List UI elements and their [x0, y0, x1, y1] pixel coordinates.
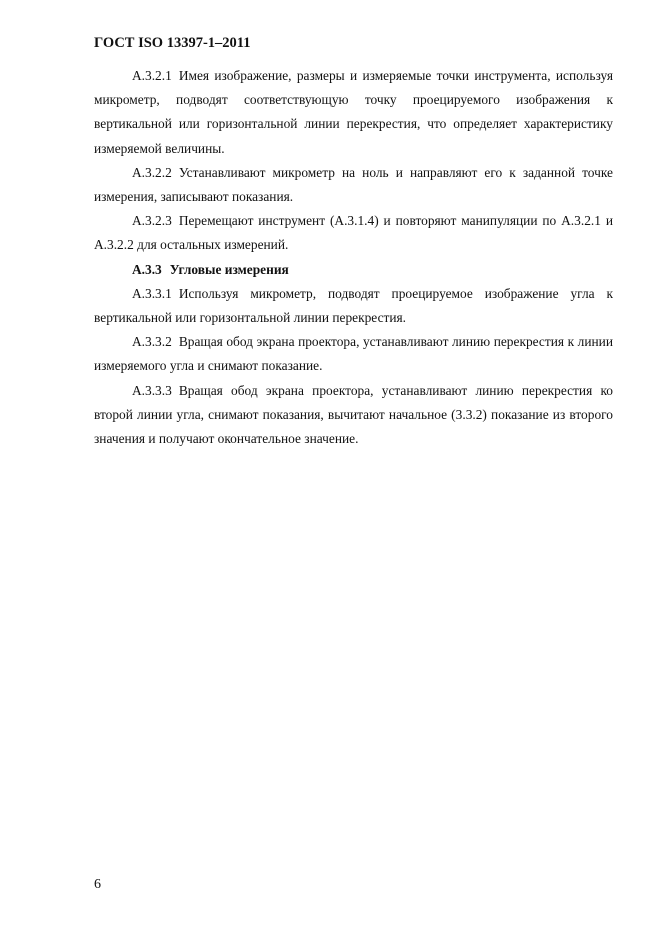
clause-number: A.3.3.3	[132, 383, 172, 398]
clause-number: A.3.2.3	[132, 213, 172, 228]
document-header: ГОСТ ISO 13397-1–2011	[94, 35, 250, 52]
clause-number: A.3.3.2	[132, 334, 172, 349]
clause-number: A.3.2.1	[132, 68, 172, 83]
clause-number: A.3.3.1	[132, 286, 172, 301]
paragraph-a333: A.3.3.3Вращая обод экрана проектора, уст…	[94, 379, 613, 452]
paragraph-a323: A.3.2.3Перемещают инструмент (A.3.1.4) и…	[94, 209, 613, 257]
paragraph-a332: A.3.3.2Вращая обод экрана проектора, уст…	[94, 330, 613, 378]
section-heading-a33: A.3.3Угловые измерения	[94, 258, 613, 282]
document-body: A.3.2.1Имея изображение, размеры и измер…	[94, 64, 613, 451]
paragraph-a322: A.3.2.2Устанавливают микрометр на ноль и…	[94, 161, 613, 209]
page-number: 6	[94, 877, 101, 893]
paragraph-a331: A.3.3.1Используя микрометр, подводят про…	[94, 282, 613, 330]
section-title: Угловые измерения	[170, 262, 289, 277]
paragraph-a321: A.3.2.1Имея изображение, размеры и измер…	[94, 64, 613, 161]
clause-number: A.3.2.2	[132, 165, 172, 180]
section-number: A.3.3	[132, 262, 162, 277]
